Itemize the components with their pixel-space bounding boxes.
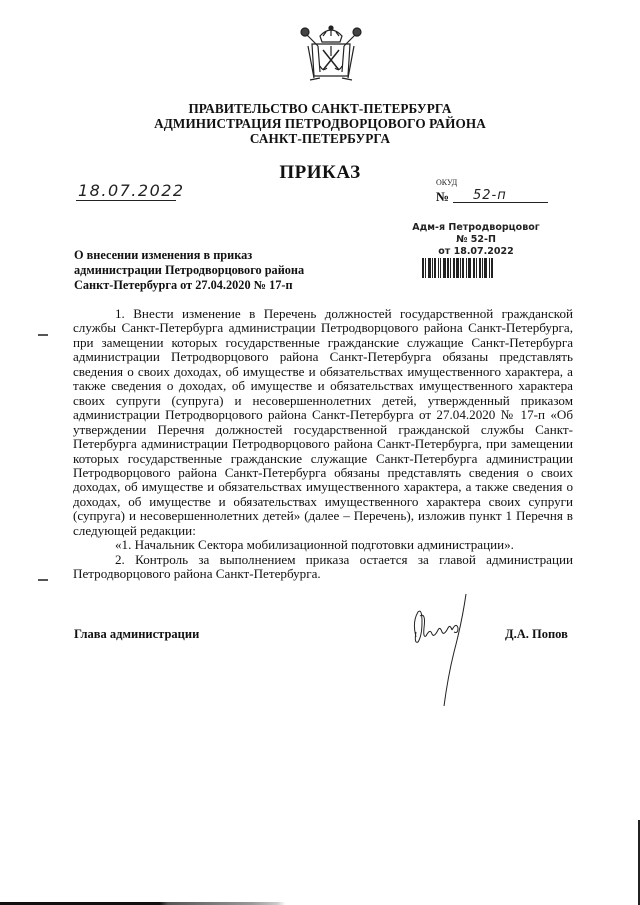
paragraph-quoted-item: «1. Начальник Сектора мобилизационной по…: [73, 538, 573, 552]
stamp-organization: Адм-я Петродворцовог: [396, 222, 556, 234]
barcode-icon: [422, 258, 500, 278]
header-government: ПРАВИТЕЛЬСТВО САНКТ-ПЕТЕРБУРГА: [0, 101, 640, 116]
stamp-number: № 52-П: [396, 234, 556, 246]
document-body: 1. Внести изменение в Перечень должносте…: [73, 307, 573, 582]
document-subject: О внесении изменения в приказ администра…: [74, 248, 304, 293]
subject-line-3: Санкт-Петербурга от 27.04.2020 № 17-п: [74, 278, 304, 293]
stamp-date: от 18.07.2022: [396, 246, 556, 258]
margin-punch-mark: [38, 334, 48, 336]
paragraph-1: 1. Внести изменение в Перечень должносте…: [73, 307, 573, 538]
subject-line-2: администрации Петродворцового района: [74, 263, 304, 278]
signatory-name: Д.А. Попов: [505, 627, 568, 642]
margin-punch-mark: [38, 579, 48, 581]
okud-label: ОКУД: [436, 178, 457, 187]
number-label: №: [436, 189, 449, 205]
signatory-role: Глава администрации: [74, 627, 199, 642]
header-administration: АДМИНИСТРАЦИЯ ПЕТРОДВОРЦОВОГО РАЙОНА: [0, 116, 640, 131]
handwritten-date: 18.07.2022: [76, 182, 176, 201]
paragraph-2: 2. Контроль за выполнением приказа остае…: [73, 553, 573, 582]
header-city: САНКТ-ПЕТЕРБУРГА: [0, 131, 640, 146]
handwritten-number: 52-п: [453, 188, 548, 203]
subject-line-1: О внесении изменения в приказ: [74, 248, 304, 263]
coat-of-arms-icon: [296, 22, 366, 84]
handwritten-signature-icon: [408, 592, 472, 710]
